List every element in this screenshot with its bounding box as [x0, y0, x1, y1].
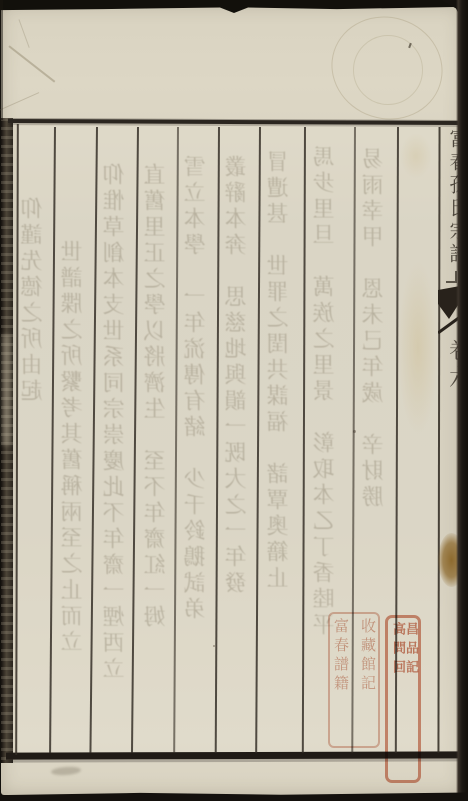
- bleedthrough-column: 仰謹先德之所由起: [23, 197, 49, 405]
- binding-highlight: [2, 335, 11, 445]
- seal-text: 富春譜籍: [333, 618, 348, 742]
- ink-smudge: [51, 766, 81, 776]
- scan-edge-left: [0, 0, 3, 120]
- page-fold-edge: [456, 0, 468, 801]
- bleedthrough-column: 叢辭本奔 思慈地與韻一既大之一年發: [227, 155, 253, 597]
- paper-crease: [0, 92, 39, 111]
- scanned-page: 仰謹先德之所由起 世譜牒之所繫考其舊稱兩至之止而立 仰惟草創本支世系同宗崇慶此不…: [0, 0, 468, 801]
- bleedthrough-column: 馬步里旦 萬族之里景 彰取本乙丁香睦平: [315, 145, 341, 639]
- paper-crease: [9, 45, 56, 82]
- seal-text: 昌品記: [404, 622, 417, 776]
- bleedthrough-column: 仰惟草創本支世系同宗崇慶此不年齋一煙西立: [105, 163, 131, 683]
- water-stain-inner: [353, 35, 423, 105]
- paper-crease: [18, 19, 29, 48]
- yellow-stain: [398, 260, 438, 435]
- bleedthrough-column: 雪立本學 一年流傳有緒 少千鈴鵝試弟: [186, 155, 212, 623]
- frame-top-rule: [8, 119, 460, 125]
- red-seal-right: 高問回 昌品記: [385, 615, 421, 783]
- yellow-stain: [400, 133, 432, 179]
- bleedthrough-column: 易雨幸甲 恩未己年歲 辛財勝: [364, 147, 390, 511]
- seal-text: 收藏館記: [360, 618, 375, 742]
- bleedthrough-column: 世譜牒之所繫考其舊稱兩至之止而立: [63, 240, 89, 656]
- bleedthrough-column: 直舊里正之學以將濟生 至不年齋紅一姆: [146, 163, 172, 631]
- red-seal-left: 富春譜籍 收藏館記: [328, 612, 380, 748]
- paper-sheet: 仰謹先德之所由起 世譜牒之所繫考其舊稱兩至之止而立 仰惟草創本支世系同宗崇慶此不…: [1, 5, 462, 795]
- bleedthrough-column: 冒遭甚 世罪之閏共謀福 諸覃奧籍止: [269, 150, 295, 592]
